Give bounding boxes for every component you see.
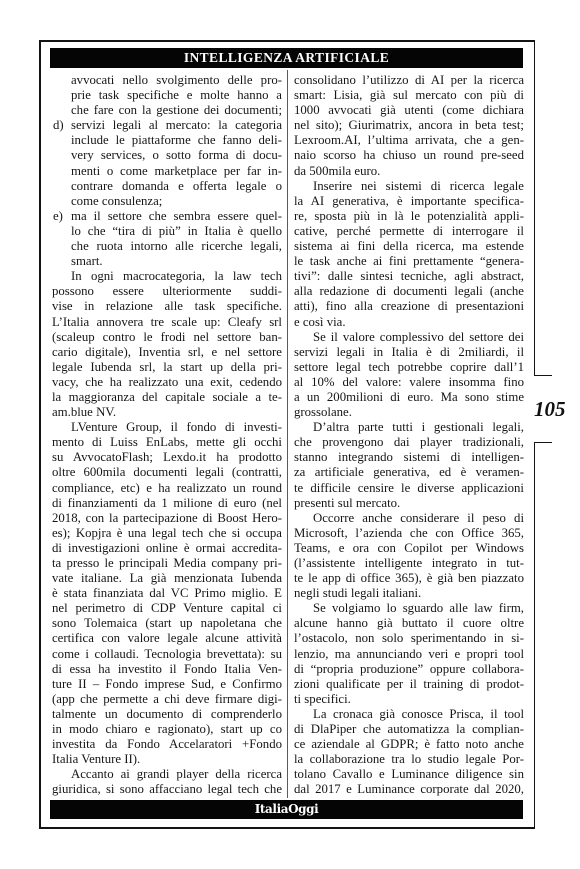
text-line: di DlaPiper che automatizza la complian- <box>294 722 524 737</box>
text-line: talmente un documento di comprenderlo <box>52 707 282 722</box>
text-line: di essa ha investito il Fondo Italia Ven… <box>52 662 282 677</box>
text-line: La cronaca già conosce Prisca, il tool <box>294 707 524 722</box>
text-line: Lexroom.AI, l’ultima arrivata, che a gen… <box>294 133 524 148</box>
text-line: oltre 600mila documenti legali (contratt… <box>52 465 282 480</box>
text-line: è stata finanziata dal VC Primo miglio. … <box>52 586 282 601</box>
text-line: in modo chiaro e ragionato), start up co <box>52 722 282 737</box>
frame-right-border-upper <box>534 40 536 376</box>
text-line: dal 2017 e Luminance corporate dal 2020, <box>294 782 524 797</box>
text-line: L’Italia annovera tre scale up: Cleafy s… <box>52 315 282 330</box>
text-line: In ogni macrocategoria, la law tech <box>52 269 282 284</box>
text-line: re, sposta più in là le potenzialità app… <box>294 209 524 224</box>
text-line: certifica con valore legale alcune attiv… <box>52 631 282 646</box>
text-line: la collaborazione tra lo studio legale P… <box>294 752 524 767</box>
text-line: investita da Fondo Accelaratori +Fondo <box>52 737 282 752</box>
column-divider <box>287 70 288 798</box>
text-line: ture II – Fondo imprese Sud, e Confirmo <box>52 677 282 692</box>
text-line: very services, o sotto forma di docu- <box>71 148 282 163</box>
text-line: prie task specifiche e molte hanno a <box>71 88 282 103</box>
publication-logo: ItaliaOggi <box>255 802 319 816</box>
text-line: da 500mila euro. <box>294 164 524 179</box>
text-line: ti specifici. <box>294 692 524 707</box>
text-line: Se volgiamo lo sguardo alle law firm, <box>294 601 524 616</box>
frame-right-border-lower <box>534 442 536 829</box>
text-line: smart: Lisia, già sul mercato con più di <box>294 88 524 103</box>
text-line: alcune hanno già buttato il cuore oltre <box>294 616 524 631</box>
text-line: 1000 avvocati già utenti (come dichiara <box>294 103 524 118</box>
text-line: lo che “tira di più” in Italia è quello <box>71 224 282 239</box>
text-line: come consulenza; <box>71 194 282 209</box>
text-line: negli studi legali italiani. <box>294 586 524 601</box>
text-line: te difficile censire le diverse applicaz… <box>294 481 524 496</box>
text-line: di investigazioni online è ormai accredi… <box>52 541 282 556</box>
text-line: Inserire nei sistemi di ricerca legale <box>294 179 524 194</box>
text-line: presenti sul mercato. <box>294 496 524 511</box>
section-title: INTELLIGENZA ARTIFICIALE <box>184 50 389 65</box>
text-line: stanno integrando sistemi di intelligen- <box>294 450 524 465</box>
text-line: che ruota intorno alle ricerche legali, <box>71 239 282 254</box>
text-line: settore legal tech potrebbe coprire dall… <box>294 360 524 375</box>
text-line: avvocati nello svolgimento delle pro- <box>71 73 282 88</box>
text-line: contrare domanda e offerta legale o <box>71 179 282 194</box>
text-line: te le app di office 365), è già ben piaz… <box>294 571 524 586</box>
text-line: za artificiale generativa, ed è veramen- <box>294 465 524 480</box>
text-line: Accanto ai grandi player della ricerca <box>52 767 282 782</box>
text-line: al 10% del valore: valere insomma fino <box>294 375 524 390</box>
text-line: nel perimetro di CDP Venture capital ci <box>52 601 282 616</box>
frame-bottom-border <box>39 827 535 829</box>
frame-right-bracket-upper <box>534 375 552 377</box>
text-line: tivi”: dalle sintesi tecniche, agli abst… <box>294 269 524 284</box>
text-line: la AI generativa, è importante specifica… <box>294 194 524 209</box>
text-line: l’ostacolo, non solo sperimentando in si… <box>294 631 524 646</box>
text-line: tolano Cavallo e Luminance diligence sin <box>294 767 524 782</box>
text-line: include le piattaforme che fanno deli- <box>71 133 282 148</box>
text-line: Se il valore complessivo del settore dei <box>294 330 524 345</box>
paragraph: Se volgiamo lo sguardo alle law firm, al… <box>294 601 524 707</box>
text-line: vise in relazione alle task specifiche. <box>52 299 282 314</box>
article-right-column: consolidano l’utilizzo di AI per la rice… <box>294 73 524 798</box>
text-line: (scaleup contro le frodi nel settore ban… <box>52 330 282 345</box>
text-line: sono Tolemaica (start up napoletana che <box>52 616 282 631</box>
text-line: le task anche ai fini prettamente “gener… <box>294 254 524 269</box>
paragraph: La cronaca già conosce Prisca, il tool d… <box>294 707 524 798</box>
text-line: Microsoft, l’azienda che con Office 365, <box>294 526 524 541</box>
text-line: di “propria produzione” oppure collabora… <box>294 662 524 677</box>
text-line: ce aziendale al GDPR; è fatto noto anche <box>294 737 524 752</box>
page-number: 105 <box>534 398 566 420</box>
paragraph: Occorre anche considerare il peso di Mic… <box>294 511 524 602</box>
text-line: Occorre anche considerare il peso di <box>294 511 524 526</box>
text-line: naio scorso ha chiuso un round pre-seed <box>294 148 524 163</box>
list-item-d: d) servizi legali al mercato: la categor… <box>52 118 282 209</box>
text-line: es); Kopjra è una legal tech che si occu… <box>52 526 282 541</box>
paragraph: Inserire nei sistemi di ricerca legale l… <box>294 179 524 330</box>
article-left-column: avvocati nello svolgimento delle pro- pr… <box>52 73 282 798</box>
text-line: am.blue NV. <box>52 405 282 420</box>
text-line: giuridica, si sono affacciano legal tech… <box>52 782 282 797</box>
paragraph: D’altra parte tutti i gestionali legali,… <box>294 420 524 511</box>
text-line: possono essere ulteriormente suddi- <box>52 284 282 299</box>
text-line: (l’assistente intelligente integrato in … <box>294 556 524 571</box>
text-line: grossolane. <box>294 405 524 420</box>
text-line: servizi legali in Italia è di 2miliardi,… <box>294 345 524 360</box>
text-line: servizi legali al mercato: la categoria <box>71 118 282 133</box>
text-line: la maggioranza del capitale sociale a te… <box>52 390 282 405</box>
text-line: che provengono dai player tradizionali, <box>294 435 524 450</box>
text-line: di finanziamenti da 1 milione di euro (n… <box>52 496 282 511</box>
paragraph-continuation: consolidano l’utilizzo di AI per la rice… <box>294 73 524 179</box>
text-line: zioni qualificate per il training di pro… <box>294 677 524 692</box>
text-line: vacy, che ha realizzato una exit, cedend… <box>52 375 282 390</box>
text-line: compliance, etc) e ha realizzato un roun… <box>52 481 282 496</box>
text-line: Teams, e ora con Copilot per Windows <box>294 541 524 556</box>
text-line: (app che permette a chi deve firmare dig… <box>52 692 282 707</box>
list-label: e) <box>53 209 63 224</box>
text-line: menti o come marketplace per far in- <box>71 164 282 179</box>
text-line: cario digitale), Inventia srl, e nel set… <box>52 345 282 360</box>
frame-top-border <box>39 40 535 42</box>
text-line: e così via. <box>294 315 524 330</box>
text-line: come i collaudi. Tecnologia brevettata):… <box>52 647 282 662</box>
text-line: Italia Venture II). <box>52 752 282 767</box>
text-line: alla redazione di documenti legali (anch… <box>294 284 524 299</box>
text-line: D’altra parte tutti i gestionali legali, <box>294 420 524 435</box>
section-header-bar: INTELLIGENZA ARTIFICIALE <box>50 48 523 68</box>
text-line: ta presso le principali Media company pr… <box>52 556 282 571</box>
list-item-continuation: avvocati nello svolgimento delle pro- pr… <box>52 73 282 118</box>
text-line: ma il settore che sembra essere quel- <box>71 209 282 224</box>
text-line: sistema ai fini della ricerca, ma estend… <box>294 239 524 254</box>
list-item-e: e) ma il settore che sembra essere quel-… <box>52 209 282 269</box>
paragraph: Accanto ai grandi player della ricerca g… <box>52 767 282 797</box>
text-line: consolidano l’utilizzo di AI per la rice… <box>294 73 524 88</box>
footer-bar: ItaliaOggi <box>50 800 523 819</box>
text-line: smart. <box>71 254 282 269</box>
text-line: LVenture Group, il fondo di investi- <box>52 420 282 435</box>
text-line: che fare con la gestione dei documenti; <box>71 103 282 118</box>
text-line: lenzio, ma annunciando veri e propri too… <box>294 647 524 662</box>
text-line: 2018, con la partecipazione di Boost Her… <box>52 511 282 526</box>
text-line: mento di Luiss EnLabs, mette gli occhi <box>52 435 282 450</box>
frame-right-bracket-lower <box>534 442 552 444</box>
text-line: nel sito); Giurimatrix, ancora in beta t… <box>294 118 524 133</box>
text-line: su AvvocatoFlash; Lexdo.it ha prodotto <box>52 450 282 465</box>
text-line: vate italiane. La già menzionata Iubenda <box>52 571 282 586</box>
frame-left-border <box>39 40 41 829</box>
text-line: legale Iubenda srl, la start up della pr… <box>52 360 282 375</box>
text-line: cative, perché permette di interrogare i… <box>294 224 524 239</box>
text-line: a un 200milioni di euro. Ma sono stime <box>294 390 524 405</box>
paragraph: Se il valore complessivo del settore dei… <box>294 330 524 421</box>
list-label: d) <box>53 118 64 133</box>
paragraph: LVenture Group, il fondo di investi- men… <box>52 420 282 767</box>
text-line: atti), fino alla creazione di presentazi… <box>294 299 524 314</box>
paragraph: In ogni macrocategoria, la law tech poss… <box>52 269 282 420</box>
